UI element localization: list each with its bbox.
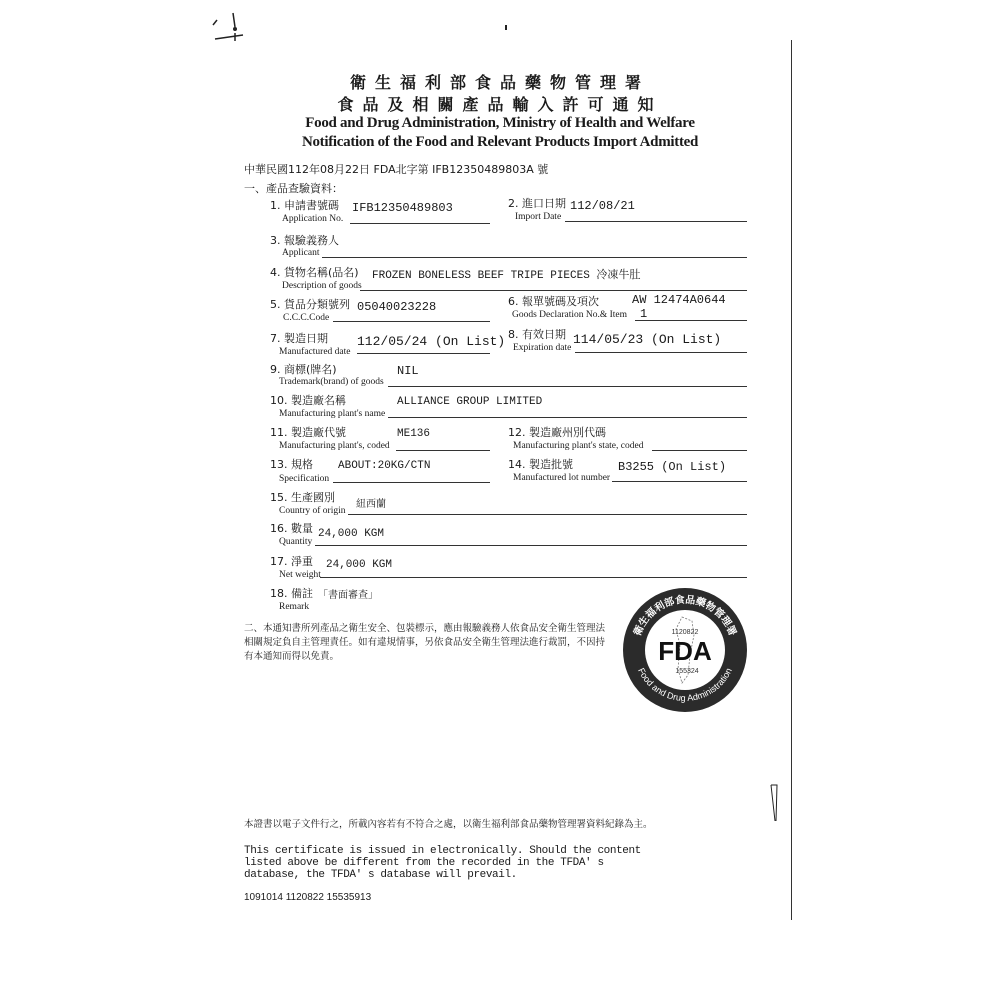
goods-declaration-label-en: Goods Declaration No.& Item <box>512 310 627 320</box>
manufactured-date-value: 112/05/24 (On List) <box>357 334 505 349</box>
section-2-notice: 二、本通知書所列產品之衛生安全、包裝標示，應由報驗義務人依食品安全衛生管理法相關… <box>244 622 614 664</box>
scan-scribble-mark <box>205 5 265 45</box>
plant-name-label: 10. 製造廠名稱 <box>270 392 346 408</box>
application-no-label-en: Application No. <box>282 214 343 224</box>
description-label: 4. 貨物名稱(品名) <box>270 264 359 280</box>
net-weight-value: 24,000 KGM <box>326 559 392 571</box>
net-weight-label-en: Net weight <box>279 570 321 580</box>
agency-title-en: Food and Drug Administration, Ministry o… <box>0 115 1000 132</box>
import-date-label-en: Import Date <box>515 212 561 222</box>
plant-name-value: ALLIANCE GROUP LIMITED <box>397 396 542 408</box>
lot-number-value: B3255 (On List) <box>618 460 726 474</box>
country-of-origin-label: 15. 生產國別 <box>270 489 335 505</box>
page-edge-line <box>791 40 792 920</box>
notice-title-en: Notification of the Food and Relevant Pr… <box>0 134 1000 151</box>
quantity-label-en: Quantity <box>279 537 312 547</box>
ccc-code-value: 05040023228 <box>357 300 436 314</box>
agency-title-cn: 衛生福利部食品藥物管理署 <box>0 70 1000 93</box>
goods-declaration-label: 6. 報單號碼及項次 <box>508 293 599 309</box>
trademark-label-en: Trademark(brand) of goods <box>279 377 384 387</box>
manufactured-date-label-en: Manufactured date <box>279 347 350 357</box>
specification-label: 13. 規格 <box>270 456 313 472</box>
remark-value: 「書面審查」 <box>318 586 378 601</box>
expiration-date-label: 8. 有效日期 <box>508 326 566 342</box>
application-no-label: 1. 申請書號碼 <box>270 197 339 213</box>
seal-top-number: 1120822 <box>672 629 699 636</box>
fda-seal: 衛生福利部食品藥物管理署 Food and Drug Administratio… <box>620 585 750 715</box>
scan-speck <box>505 25 507 30</box>
ccc-code-label: 5. 貨品分類號列 <box>270 296 350 312</box>
trademark-label: 9. 商標(牌名) <box>270 361 337 377</box>
plant-code-label: 11. 製造廠代號 <box>270 424 346 440</box>
expiration-date-label-en: Expiration date <box>513 343 571 353</box>
country-of-origin-label-en: Country of origin <box>279 506 346 516</box>
expiration-date-value: 114/05/23 (On List) <box>573 332 721 347</box>
specification-value: ABOUT:20KG/CTN <box>338 460 430 472</box>
description-value: FROZEN BONELESS BEEF TRIPE PIECES 冷凍牛肚 <box>372 266 640 282</box>
remark-label: 18. 備註 <box>270 585 313 601</box>
description-label-en: Description of goods <box>282 281 362 291</box>
applicant-label-en: Applicant <box>282 248 319 258</box>
quantity-value: 24,000 KGM <box>318 528 384 540</box>
margin-stamp-mark <box>770 783 780 823</box>
section-1-heading: 一、產品查驗資料： <box>244 180 343 196</box>
footer-disclaimer-en: This certificate is issued in electronic… <box>244 845 664 881</box>
lot-number-label: 14. 製造批號 <box>508 456 573 472</box>
ccc-code-label-en: C.C.C.Code <box>283 313 329 323</box>
net-weight-label: 17. 淨重 <box>270 553 313 569</box>
footer-disclaimer-cn: 本證書以電子文件行之，所載內容若有不符合之處，以衛生福利部食品藥物管理署資料紀錄… <box>244 818 654 832</box>
remark-label-en: Remark <box>279 602 309 612</box>
plant-code-value: ME136 <box>397 428 430 440</box>
plant-state-code-label: 12. 製造廠州別代碼 <box>508 424 606 440</box>
document-code: 1091014 1120822 15535913 <box>244 892 371 903</box>
lot-number-label-en: Manufactured lot number <box>513 473 610 483</box>
application-no-value: IFB12350489803 <box>352 201 453 215</box>
import-notification-document: 衛生福利部食品藥物管理署 食品及相關產品輸入許可通知 Food and Drug… <box>0 0 1000 1000</box>
goods-declaration-item: 1 <box>640 307 647 321</box>
reference-line: 中華民國112年08月22日 FDA北字第 IFB12350489803A 號 <box>244 161 548 177</box>
applicant-label: 3. 報驗義務人 <box>270 232 339 248</box>
country-of-origin-value: 紐西蘭 <box>356 495 386 510</box>
notice-title-cn: 食品及相關產品輸入許可通知 <box>0 92 1000 115</box>
manufactured-date-label: 7. 製造日期 <box>270 330 328 346</box>
plant-code-label-en: Manufacturing plant's, coded <box>279 441 390 451</box>
quantity-label: 16. 數量 <box>270 520 313 536</box>
goods-declaration-value: AW 12474A0644 <box>632 293 726 307</box>
specification-label-en: Specification <box>279 474 329 484</box>
plant-state-code-label-en: Manufacturing plant's state, coded <box>513 441 643 451</box>
seal-fda-text: FDA <box>658 636 712 666</box>
import-date-value: 112/08/21 <box>570 199 635 213</box>
seal-bottom-number: 155324 <box>675 668 698 675</box>
trademark-value: NIL <box>397 364 419 378</box>
plant-name-label-en: Manufacturing plant's name <box>279 409 385 419</box>
import-date-label: 2. 進口日期 <box>508 195 566 211</box>
